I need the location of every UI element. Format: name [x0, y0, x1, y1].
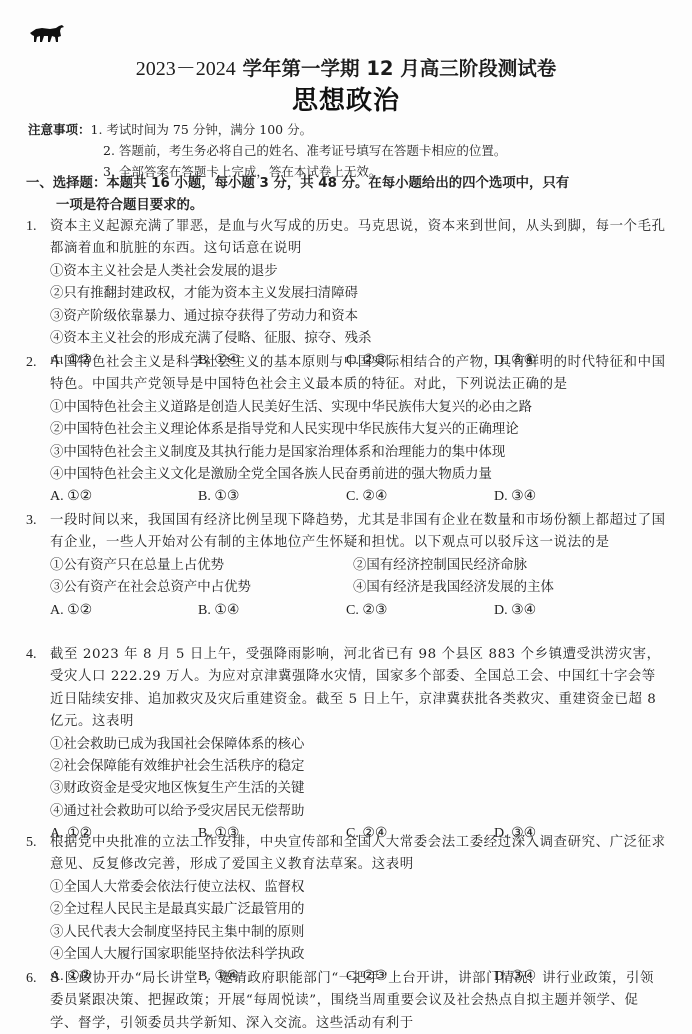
section-heading: 一、选择题：本题共 16 小题，每小题 3 分，共 48 分。在每小题给出的四个… — [26, 173, 666, 217]
statement: ②社会保障能有效维护社会生活秩序的稳定 — [26, 756, 666, 778]
answer-choices: A. ①②B. ①④C. ②③D. ③④ — [26, 600, 666, 622]
bull-logo-icon — [28, 24, 68, 46]
statement: ①全国人大常委会依法行使立法权、监督权 — [26, 877, 666, 899]
choice-d[interactable]: D. ③④ — [494, 600, 642, 622]
note-item: 2. 答题前，考生务必将自己的姓名、准考证号填写在答题卡相应的位置。 — [28, 140, 506, 161]
statement: ④国有经济是我国经济发展的主体 — [353, 577, 656, 599]
choice-c[interactable]: C. ②④ — [346, 486, 494, 508]
question-5: 5.根据党中央批准的立法工作安排，中央宣传部和全国人大常委会法工委经过深入调查研… — [26, 832, 666, 989]
question-4: 4.截至 2023 年 8 月 5 日上午，受强降雨影响，河北省已有 98 个县… — [26, 644, 666, 846]
statement: ④通过社会救助可以给予受灾居民无偿帮助 — [26, 801, 666, 823]
notes-label: 注意事项： — [28, 122, 91, 137]
statement: ②只有推翻封建政权，才能为资本主义发展扫清障碍 — [26, 283, 666, 305]
statement: ③人民代表大会制度坚持民主集中制的原则 — [26, 922, 666, 944]
choice-d[interactable]: D. ③④ — [494, 486, 642, 508]
statement: ③中国特色社会主义制度及其执行能力是国家治理体系和治理能力的集中体现 — [26, 442, 666, 464]
choice-a[interactable]: A. ①② — [50, 486, 198, 508]
statement: ①中国特色社会主义道路是创造人民美好生活、实现中华民族伟大复兴的必由之路 — [26, 397, 666, 419]
choice-b[interactable]: B. ①③ — [198, 486, 346, 508]
statement: ②国有经济控制国民经济命脉 — [353, 555, 656, 577]
subject-title: 思想政治 — [0, 80, 692, 117]
statement: ①社会救助已成为我国社会保障体系的核心 — [26, 734, 666, 756]
choice-a[interactable]: A. ①② — [50, 600, 198, 622]
statement: ③公有资产在社会总资产中占优势 — [50, 577, 353, 599]
statement: ④资本主义社会的形成充满了侵略、征服、掠夺、残杀 — [26, 328, 666, 350]
question-1: 1.资本主义起源充满了罪恶，是血与火写成的历史。马克思说，资本来到世间，从头到脚… — [26, 216, 666, 373]
statement: ④全国人大履行国家职能坚持依法科学执政 — [26, 944, 666, 966]
exam-page: 2023－2024 学年第一学期 12 月高三阶段测试卷 思想政治 注意事项：1… — [0, 0, 692, 1034]
statement: ③资产阶级依靠暴力、通过掠夺获得了劳动力和资本 — [26, 306, 666, 328]
statement: ③财政资金是受灾地区恢复生产生活的关键 — [26, 778, 666, 800]
question-6: 6.S 区政协开办“局长讲堂”，邀请政府职能部门“一把手”上台开讲，讲部门情况、… — [26, 968, 666, 1034]
statement: ②中国特色社会主义理论体系是指导党和人民实现中华民族伟大复兴的正确理论 — [26, 419, 666, 441]
choice-b[interactable]: B. ①④ — [198, 600, 346, 622]
exam-title: 2023－2024 学年第一学期 12 月高三阶段测试卷 — [0, 52, 692, 81]
statement: ④中国特色社会主义文化是激励全党全国各族人民奋勇前进的强大物质力量 — [26, 464, 666, 486]
statement: ①资本主义社会是人类社会发展的退步 — [26, 261, 666, 283]
question-2: 2.中国特色社会主义是科学社会主义的基本原则与中国实际相结合的产物，具有鲜明的时… — [26, 352, 666, 509]
statement: ①公有资产只在总量上占优势 — [50, 555, 353, 577]
note-item: 1. 考试时间为 75 分钟，满分 100 分。 — [91, 122, 313, 137]
statement: ②全过程人民民主是最真实最广泛最管用的 — [26, 899, 666, 921]
answer-choices: A. ①②B. ①③C. ②④D. ③④ — [26, 486, 666, 508]
choice-c[interactable]: C. ②③ — [346, 600, 494, 622]
question-3: 3.一段时间以来，我国国有经济比例呈现下降趋势，尤其是非国有企业在数量和市场份额… — [26, 510, 666, 622]
